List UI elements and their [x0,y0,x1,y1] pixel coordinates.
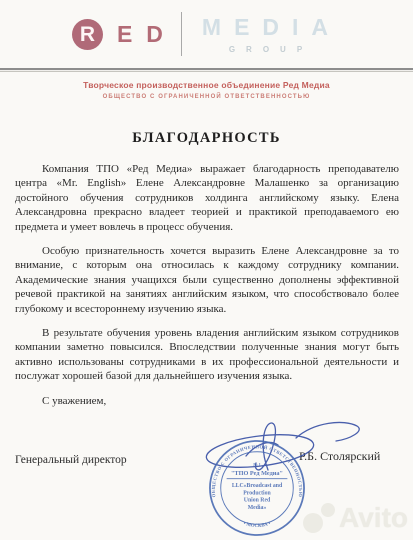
logo-letter-e: E [117,21,132,48]
header-rule [0,68,413,72]
logo-letter-r: R [80,24,95,45]
logo-r-circle-icon: R [72,19,103,50]
org-name-line: Творческое производственное объединение … [0,80,413,90]
letter-body: Компания ТПО «Ред Медиа» выражает благод… [15,162,399,408]
paragraph-2: Особую признательность хочется выразить … [15,244,399,316]
document-title: БЛАГОДАРНОСТЬ [0,130,413,147]
paragraph-1: Компания ТПО «Ред Медиа» выражает благод… [15,162,399,234]
company-stamp: ОБЩЕСТВО С ОГРАНИЧЕННОЙ ОТВЕТСТВЕННОСТЬЮ… [208,438,306,538]
stamp-rim-bottom-text: • МОСКВА • [243,522,272,529]
stamp-center-line3: Union Red [244,498,271,504]
logo-divider [181,12,182,56]
stamp-org-short: "ТПО Ред Медиа" [231,470,283,477]
avito-watermark: Avito [301,502,408,534]
director-position-label: Генеральный директор [15,454,127,466]
avito-watermark-label: Avito [339,502,408,534]
logo-group-word: GROUP [224,45,313,54]
avito-bubbles-icon [301,502,337,534]
logo-media-word: MEDIA [196,16,341,39]
stamp-center-line2: Production [243,490,271,496]
logo-media-block: MEDIA GROUP [196,16,341,54]
stamp-center-line4: Media» [248,505,267,511]
logo-red-word: R E D [72,16,163,52]
logo-letter-d: D [146,21,163,48]
paragraph-3: В результате обучения уровень владения а… [15,326,399,384]
closing-line: С уважением, [15,394,399,408]
scanned-letter-page: R E D MEDIA GROUP Творческое производств… [0,0,413,540]
company-logo: R E D MEDIA GROUP [0,12,413,62]
stamp-center-line1: LLC«Broadcast and [232,483,283,489]
stamp-number: № 1 [253,462,261,467]
org-type-line: ОБЩЕСТВО С ОГРАНИЧЕННОЙ ОТВЕТСТВЕННОСТЬЮ [0,94,413,100]
